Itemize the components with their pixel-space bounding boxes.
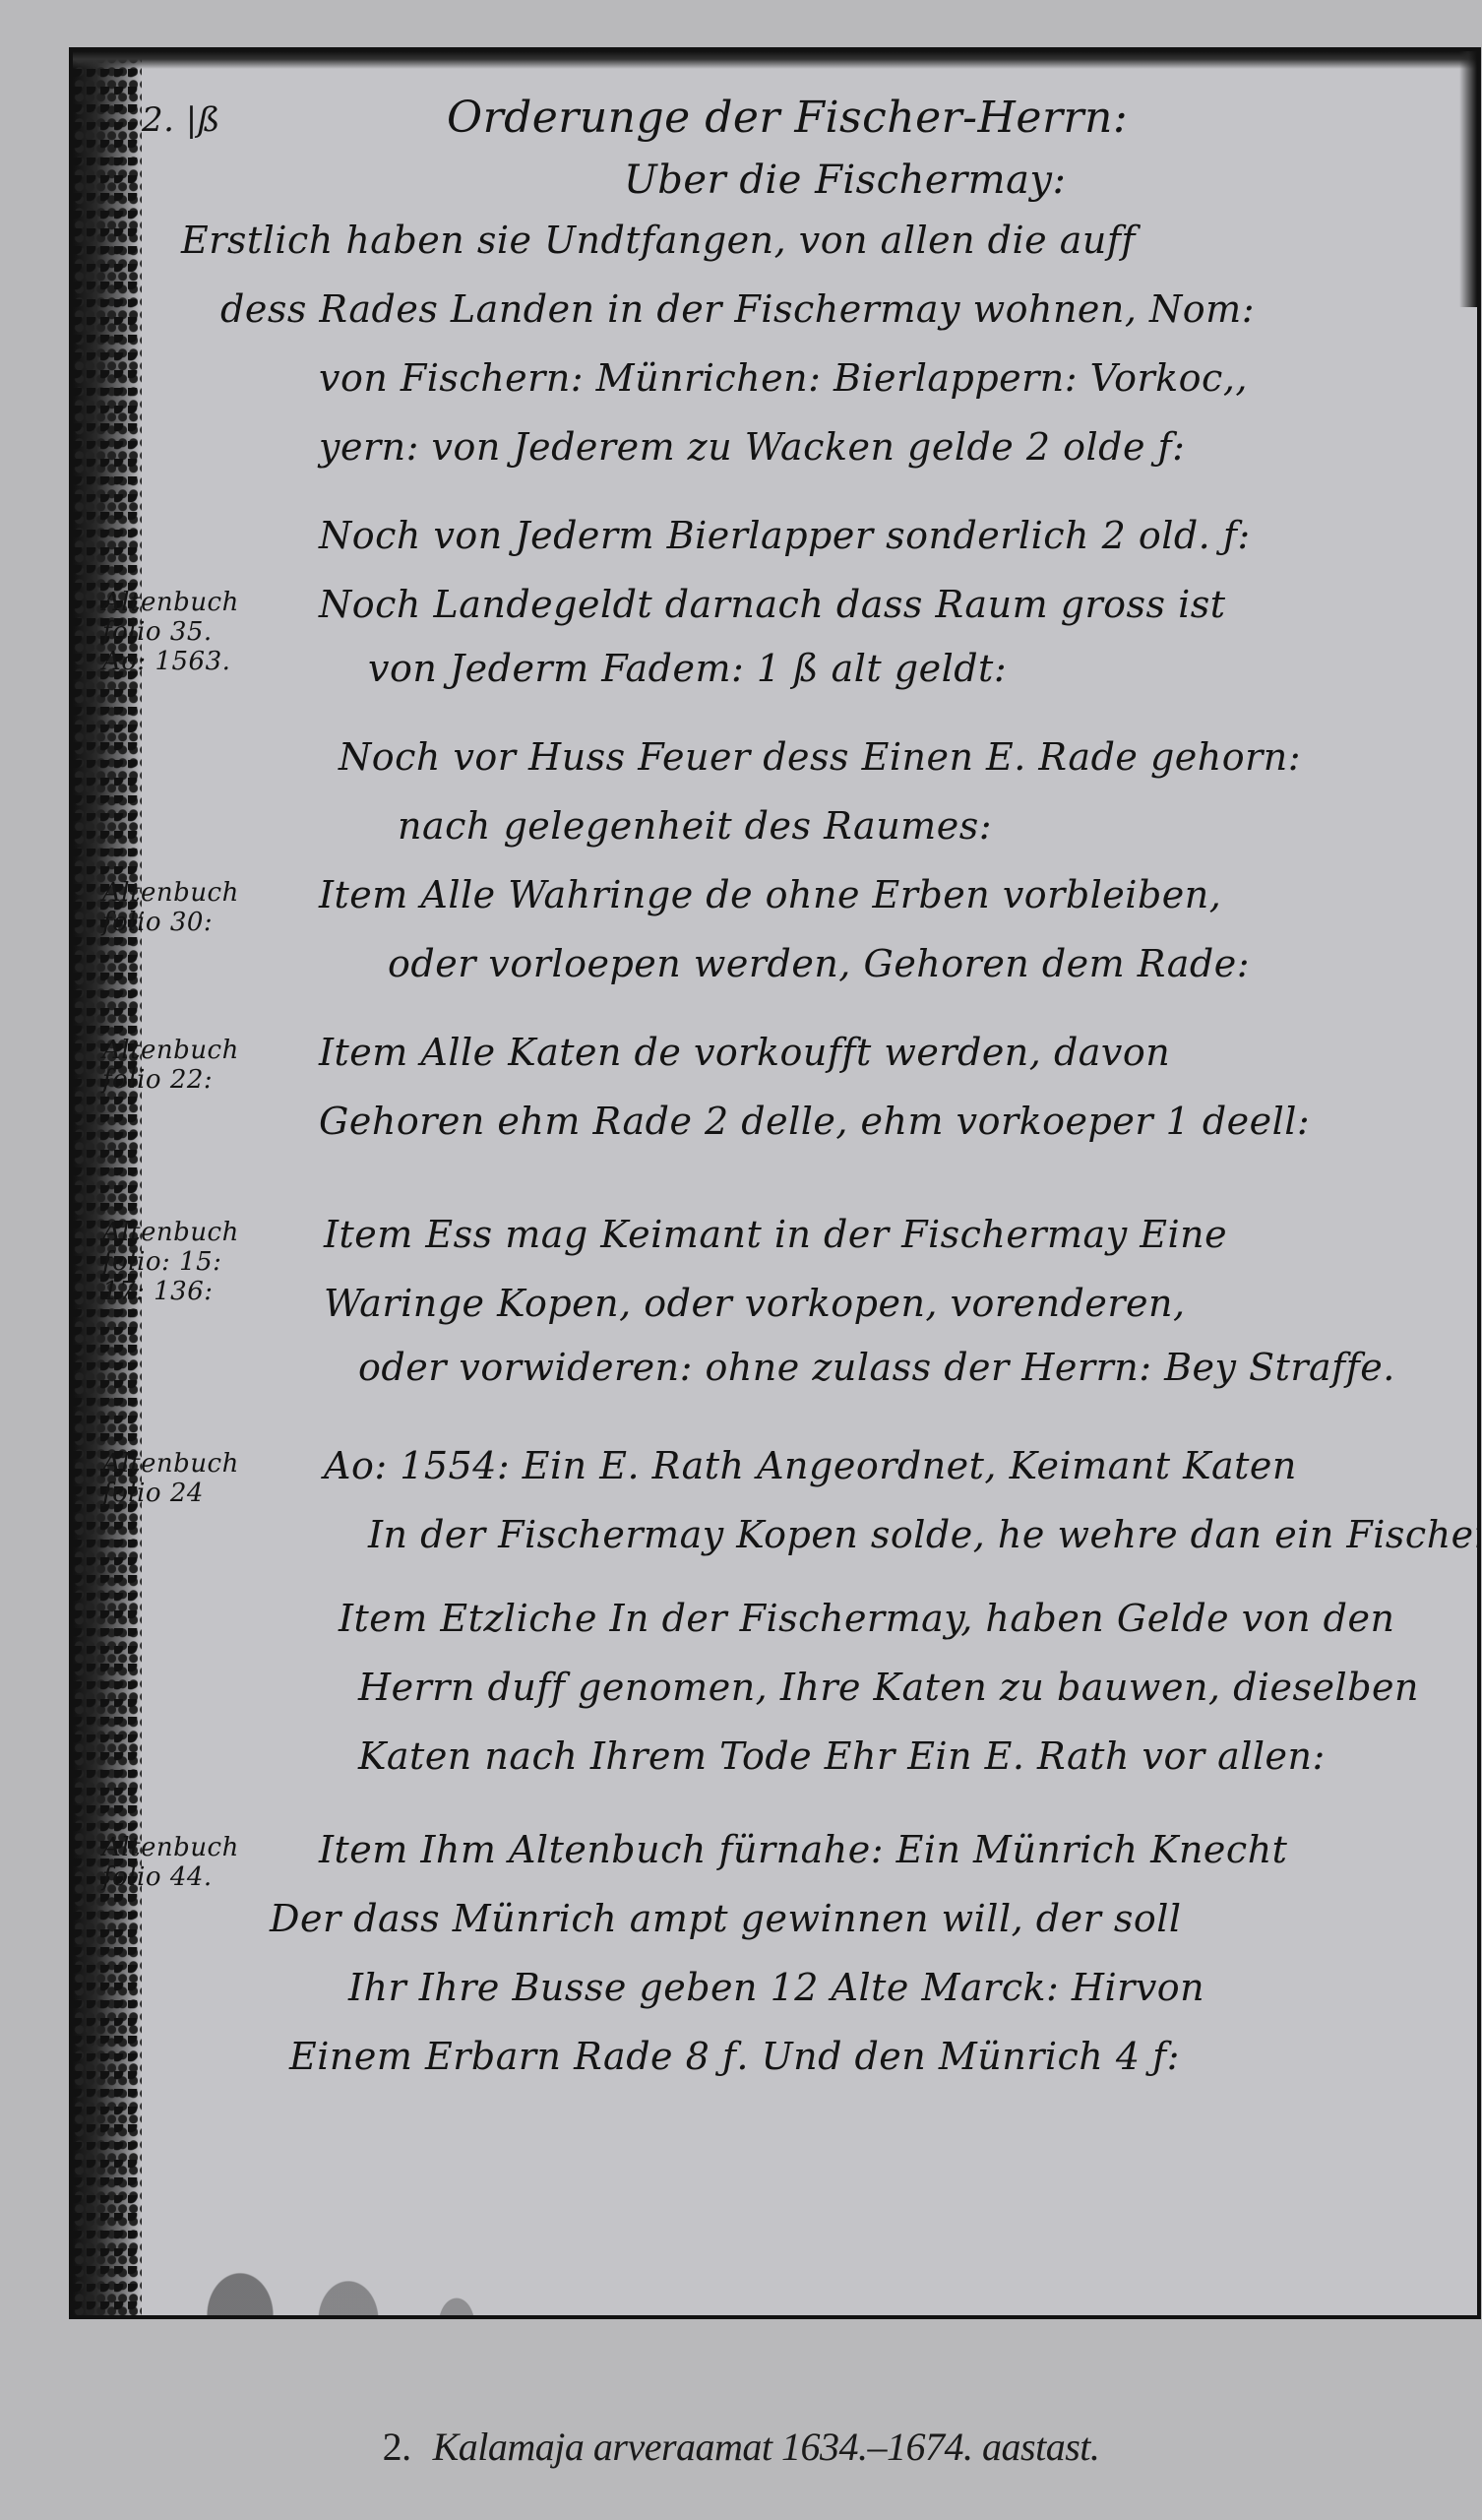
manuscript-line: von Jederm Fadem: 1 ß alt geldt:	[368, 647, 1007, 690]
manuscript-line: Item Etzliche In der Fischermay, haben G…	[339, 1597, 1394, 1640]
manuscript-line: yern: von Jederem zu Wacken gelde 2 olde…	[319, 425, 1185, 469]
decayed-left-edge	[73, 51, 142, 2315]
figure-caption: 2.Kalamaja arveraamat 1634.–1674. aastas…	[0, 2424, 1482, 2470]
manuscript-line: dess Rades Landen in der Fischermay wohn…	[220, 287, 1255, 331]
margin-note: Altenbuch folio 30:	[102, 878, 239, 937]
margin-note: Altenbuch folio 35. Ao: 1563.	[102, 588, 239, 676]
manuscript-line: Einem Erbarn Rade 8 ƒ. Und den Münrich 4…	[289, 2035, 1180, 2078]
manuscript-line: Item Alle Katen de vorkoufft werden, dav…	[319, 1031, 1170, 1074]
manuscript-line: von Fischern: Münrichen: Bierlappern: Vo…	[319, 356, 1248, 400]
margin-note: Altenbuch folio 44.	[102, 1833, 239, 1892]
decayed-top-edge	[73, 51, 1477, 69]
manuscript-line: oder vorwideren: ohne zulass der Herrn: …	[358, 1346, 1395, 1389]
manuscript-line: Item Ess mag Keimant in der Fischermay E…	[324, 1213, 1227, 1256]
manuscript-line: Noch von Jederm Bierlapper sonderlich 2 …	[319, 514, 1251, 557]
water-stain	[132, 2207, 585, 2315]
manuscript-line: Erstlich haben sie Undtfangen, von allen…	[181, 219, 1136, 262]
manuscript-line: Item Alle Wahringe de ohne Erben vorblei…	[319, 873, 1221, 916]
manuscript-line: Item Ihm Altenbuch fürnahe: Ein Münrich …	[319, 1828, 1287, 1871]
manuscript-line: oder vorloepen werden, Gehoren dem Rade:	[388, 942, 1250, 985]
margin-note: Altenbuch folio: 15: 17: 136:	[102, 1218, 239, 1306]
manuscript-scan: 2. |ß Orderunge der Fischer-Herrn: Uber …	[69, 47, 1481, 2319]
manuscript-line: Noch Landegeldt darnach dass Raum gross …	[319, 583, 1226, 626]
manuscript-line: Waringe Kopen, oder vorkopen, vorenderen…	[324, 1282, 1186, 1325]
manuscript-line: Herrn duff genomen, Ihre Katen zu bauwen…	[358, 1666, 1419, 1709]
manuscript-line: nach gelegenheit des Raumes:	[398, 804, 992, 848]
decayed-right-edge	[1459, 51, 1477, 307]
figure-caption-text: Kalamaja arveraamat 1634.–1674. aastast.	[433, 2425, 1100, 2469]
manuscript-line: Der dass Münrich ampt gewinnen will, der…	[270, 1897, 1182, 1940]
margin-note: Altenbuch folio 24	[102, 1449, 239, 1508]
manuscript-line: Ihr Ihre Busse geben 12 Alte Marck: Hirv…	[348, 1966, 1204, 2009]
manuscript-line: Gehoren ehm Rade 2 delle, ehm vorkoeper …	[319, 1100, 1310, 1143]
manuscript-line: In der Fischermay Kopen solde, he wehre …	[368, 1513, 1481, 1556]
margin-note: Altenbuch folio 22:	[102, 1036, 239, 1095]
manuscript-heading: Orderunge der Fischer-Herrn:	[447, 93, 1128, 143]
manuscript-line: Noch vor Huss Feuer dess Einen E. Rade g…	[339, 735, 1301, 779]
figure-number: 2.	[383, 2425, 411, 2469]
manuscript-line: Katen nach Ihrem Tode Ehr Ein E. Rath vo…	[358, 1734, 1326, 1778]
manuscript-subheading: Uber die Fischermay:	[624, 157, 1067, 203]
manuscript-line: Ao: 1554: Ein E. Rath Angeordnet, Keiman…	[324, 1444, 1297, 1487]
page-mark: 2. |ß	[142, 100, 220, 140]
